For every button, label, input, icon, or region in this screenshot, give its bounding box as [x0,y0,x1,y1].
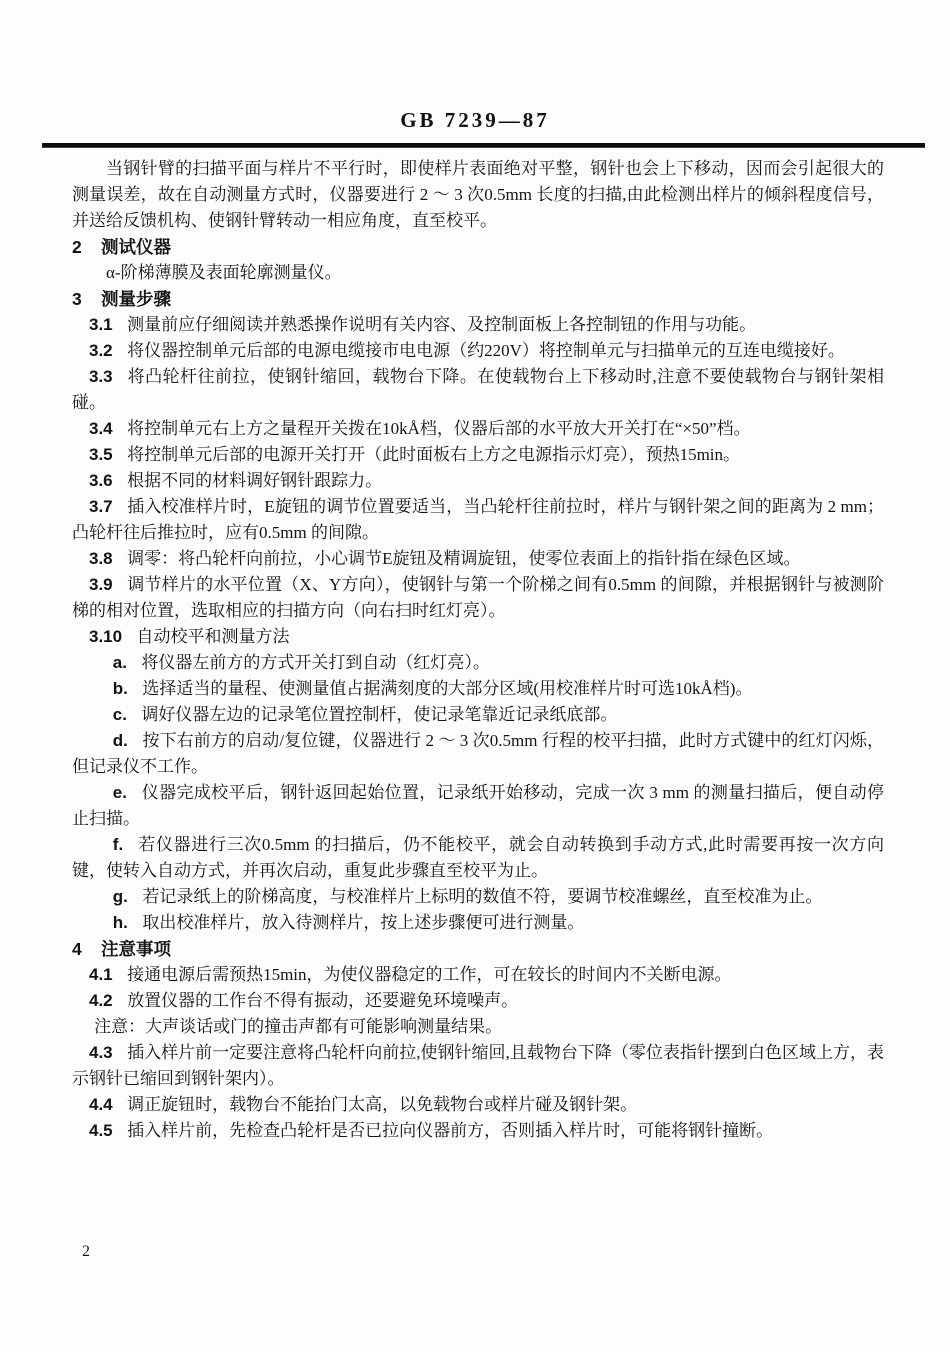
step-text: 调零：将凸轮杆向前拉，小心调节E旋钮及精调旋钮，使零位表面上的指针指在绿色区域。 [127,549,800,568]
substep-a: a.将仪器左前方的方式开关打到自动（红灯亮）。 [72,650,884,676]
step-number: 4.5 [89,1121,113,1140]
step-number: 3.6 [89,471,113,490]
step-3-9: 3.9调节样片的水平位置（X、Y方向），使钢针与第一个阶梯之间有0.5mm 的间… [72,572,884,624]
substep-text: 调好仪器左边的记录笔位置控制杆，使记录笔靠近记录纸底部。 [141,705,617,724]
step-number: 3.9 [89,575,113,594]
step-text: 插入校准样片时，E旋钮的调节位置要适当，当凸轮杆往前拉时，样片与钢针架之间的距离… [72,497,884,542]
substep-text: 若仪器进行三次0.5mm 的扫描后，仍不能校平，就会自动转换到手动方式,此时需要… [72,835,884,880]
section-title: 测试仪器 [101,237,171,257]
step-3-3: 3.3将凸轮杆往前拉，使钢针缩回，载物台下降。在使载物台上下移动时,注意不要使载… [72,364,884,416]
substep-text: 选择适当的量程、使测量值占据满刻度的大部分区域(用校准样片时可选10kÅ档)。 [142,679,752,698]
substep-letter: a. [113,653,127,672]
substep-text: 仪器完成校平后，钢针返回起始位置，记录纸开始移动，完成一次 3 mm 的测量扫描… [72,783,884,828]
substep-h: h.取出校准样片，放入待测样片，按上述步骤便可进行测量。 [72,910,884,936]
substep-letter: g. [113,887,128,906]
standard-number: GB 7239—87 [0,108,950,133]
step-number: 3.2 [89,341,113,360]
section-number: 2 [72,237,82,257]
substep-e: e.仪器完成校平后，钢针返回起始位置，记录纸开始移动，完成一次 3 mm 的测量… [72,780,884,832]
step-number: 3.1 [89,315,113,334]
substep-letter: c. [113,705,127,724]
intro-paragraph: 当钢针臂的扫描平面与样片不平行时，即使样片表面绝对平整，钢针也会上下移动，因而会… [72,156,884,234]
step-number: 3.4 [89,419,113,438]
step-3-4: 3.4将控制单元右上方之量程开关拨在10kÅ档，仪器后部的水平放大开关打在“×5… [72,416,884,442]
substep-letter: f. [113,835,123,854]
substep-letter: d. [113,731,128,750]
section-2-heading: 2测试仪器 [72,234,884,260]
substep-text: 按下右前方的启动/复位键，仪器进行 2 ～ 3 次0.5mm 行程的校平扫描，此… [72,731,884,776]
step-text: 自动校平和测量方法 [137,627,290,646]
substep-letter: b. [113,679,128,698]
substep-g: g.若记录纸上的阶梯高度，与校准样片上标明的数值不符，要调节校准螺丝，直至校准为… [72,884,884,910]
step-3-1: 3.1测量前应仔细阅读并熟悉操作说明有关内容、及控制面板上各控制钮的作用与功能。 [72,312,884,338]
substep-text: 若记录纸上的阶梯高度，与校准样片上标明的数值不符，要调节校准螺丝，直至校准为止。 [142,887,822,906]
step-number: 4.4 [89,1095,113,1114]
step-3-6: 3.6根据不同的材料调好钢针跟踪力。 [72,468,884,494]
substep-letter: h. [113,913,128,932]
step-text: 将控制单元右上方之量程开关拨在10kÅ档，仪器后部的水平放大开关打在“×50”档… [127,419,750,438]
step-3-7: 3.7插入校准样片时，E旋钮的调节位置要适当，当凸轮杆往前拉时，样片与钢针架之间… [72,494,884,546]
substep-d: d.按下右前方的启动/复位键，仪器进行 2 ～ 3 次0.5mm 行程的校平扫描… [72,728,884,780]
step-3-10: 3.10自动校平和测量方法 [72,624,884,650]
step-number: 3.10 [89,627,122,646]
step-text: 将仪器控制单元后部的电源电缆接市电电源（约220V）将控制单元与扫描单元的互连电… [127,341,845,360]
section-3-heading: 3测量步骤 [72,286,884,312]
document-page: GB 7239—87 当钢针臂的扫描平面与样片不平行时，即使样片表面绝对平整，钢… [0,0,950,1352]
section-title: 注意事项 [101,939,171,959]
step-text: 调节样片的水平位置（X、Y方向），使钢针与第一个阶梯之间有0.5mm 的间隙，并… [72,575,884,620]
step-3-5: 3.5将控制单元后部的电源开关打开（此时面板右上方之电源指示灯亮），预热15mi… [72,442,884,468]
step-number: 4.2 [89,991,113,1010]
step-number: 4.3 [89,1043,113,1062]
substep-f: f.若仪器进行三次0.5mm 的扫描后，仍不能校平，就会自动转换到手动方式,此时… [72,832,884,884]
step-text: 测量前应仔细阅读并熟悉操作说明有关内容、及控制面板上各控制钮的作用与功能。 [127,315,756,334]
header-rule [42,143,925,148]
step-4-2: 4.2放置仪器的工作台不得有振动，还要避免环境噪声。 [72,988,884,1014]
substep-b: b.选择适当的量程、使测量值占据满刻度的大部分区域(用校准样片时可选10kÅ档)… [72,676,884,702]
substep-text: 将仪器左前方的方式开关打到自动（红灯亮）。 [141,653,490,672]
section-number: 3 [72,289,82,309]
section-2-body: α-阶梯薄膜及表面轮廓测量仪。 [72,260,884,286]
step-text: 将凸轮杆往前拉，使钢针缩回，载物台下降。在使载物台上下移动时,注意不要使载物台与… [72,367,884,412]
step-text: 根据不同的材料调好钢针跟踪力。 [127,471,382,490]
document-body: 当钢针臂的扫描平面与样片不平行时，即使样片表面绝对平整，钢针也会上下移动，因而会… [72,156,884,1144]
step-text: 插入样片前，先检查凸轮杆是否已拉向仪器前方，否则插入样片时，可能将钢针撞断。 [127,1121,773,1140]
section-title: 测量步骤 [101,289,171,309]
section-4-note: 注意：大声谈话或门的撞击声都有可能影响测量结果。 [72,1014,884,1040]
substep-c: c.调好仪器左边的记录笔位置控制杆，使记录笔靠近记录纸底部。 [72,702,884,728]
step-text: 接通电源后需预热15min，为使仪器稳定的工作，可在较长的时间内不关断电源。 [127,965,731,984]
step-number: 3.7 [89,497,113,516]
step-text: 放置仪器的工作台不得有振动，还要避免环境噪声。 [127,991,518,1010]
page-number: 2 [82,1243,90,1261]
step-text: 将控制单元后部的电源开关打开（此时面板右上方之电源指示灯亮），预热15min。 [127,445,740,464]
step-4-3: 4.3插入样片前一定要注意将凸轮杆向前拉,使钢针缩回,且载物台下降（零位表指针摆… [72,1040,884,1092]
step-text: 调正旋钮时，载物台不能抬门太高，以免载物台或样片碰及钢针架。 [127,1095,637,1114]
substep-letter: e. [113,783,127,802]
substep-text: 取出校准样片，放入待测样片，按上述步骤便可进行测量。 [142,913,584,932]
step-4-4: 4.4调正旋钮时，载物台不能抬门太高，以免载物台或样片碰及钢针架。 [72,1092,884,1118]
step-4-1: 4.1接通电源后需预热15min，为使仪器稳定的工作，可在较长的时间内不关断电源… [72,962,884,988]
step-4-5: 4.5插入样片前，先检查凸轮杆是否已拉向仪器前方，否则插入样片时，可能将钢针撞断… [72,1118,884,1144]
step-number: 3.5 [89,445,113,464]
step-text: 插入样片前一定要注意将凸轮杆向前拉,使钢针缩回,且载物台下降（零位表指针摆到白色… [72,1043,884,1088]
step-number: 3.8 [89,549,113,568]
section-number: 4 [72,939,82,959]
step-3-8: 3.8调零：将凸轮杆向前拉，小心调节E旋钮及精调旋钮，使零位表面上的指针指在绿色… [72,546,884,572]
step-number: 3.3 [89,367,113,386]
step-number: 4.1 [89,965,113,984]
section-4-heading: 4注意事项 [72,936,884,962]
step-3-2: 3.2将仪器控制单元后部的电源电缆接市电电源（约220V）将控制单元与扫描单元的… [72,338,884,364]
